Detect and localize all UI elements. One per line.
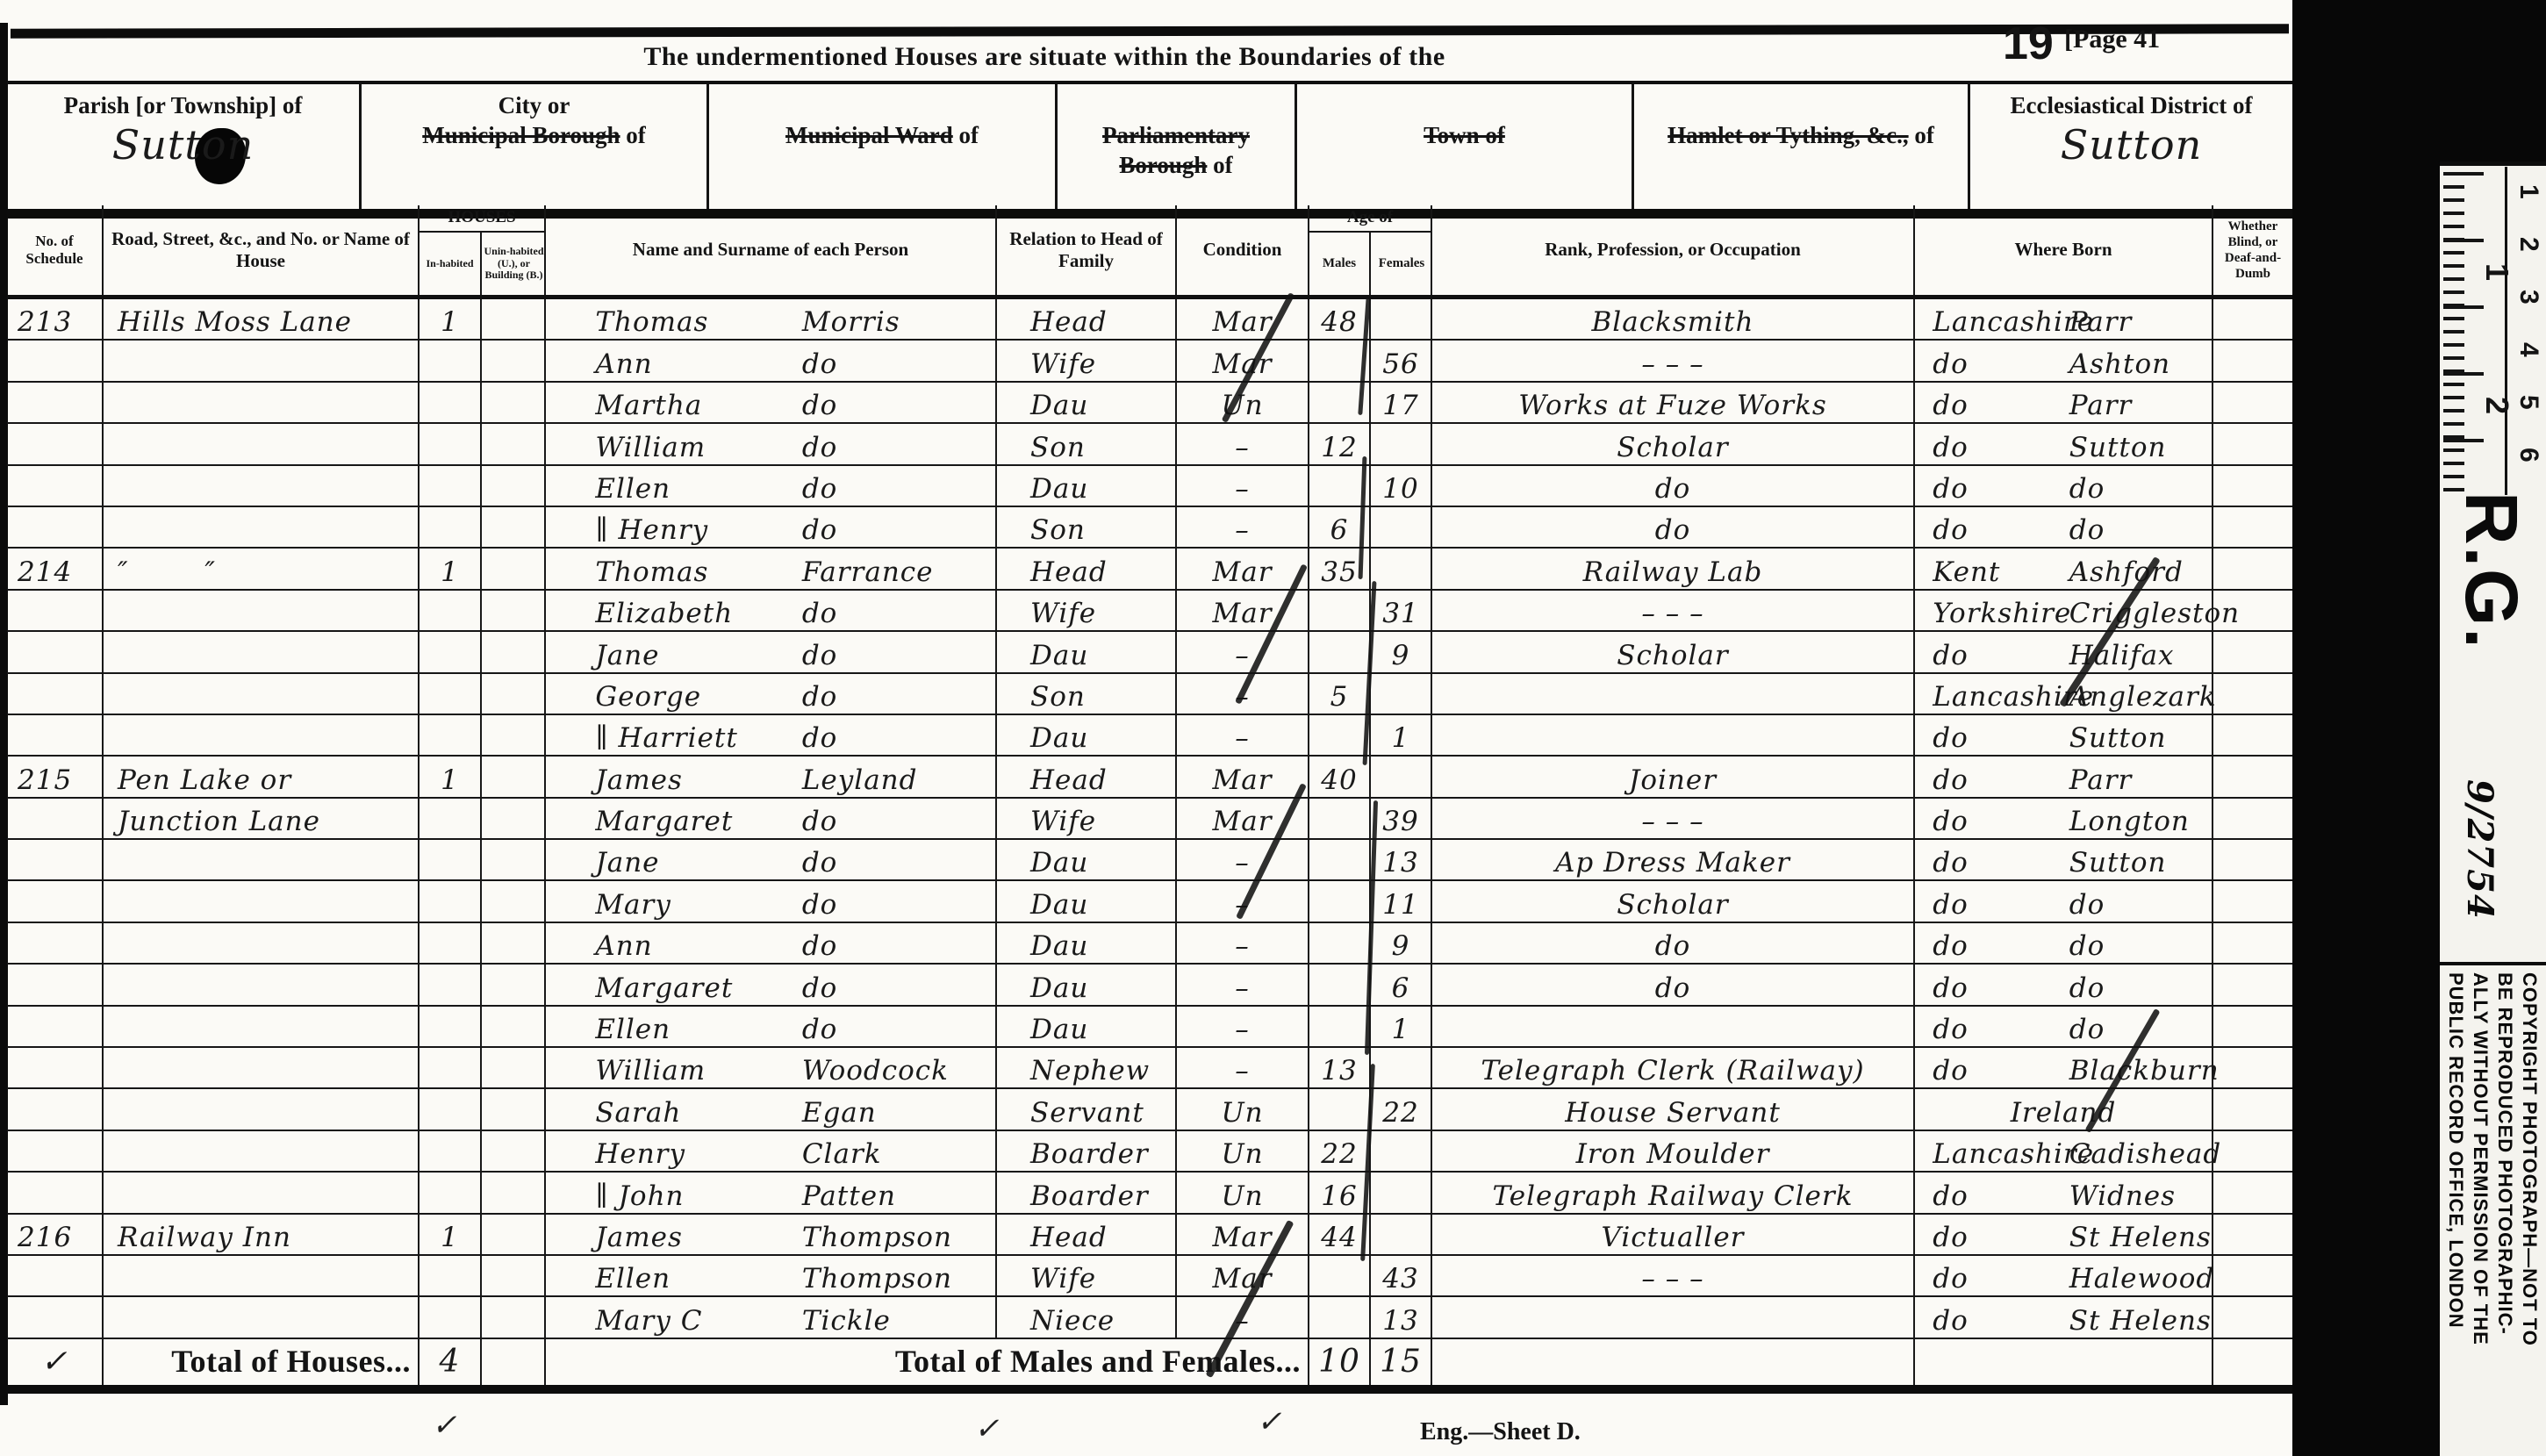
born-place: Widnes xyxy=(2069,1180,2176,1212)
col-condition: Condition xyxy=(1177,205,1309,295)
cell-blind xyxy=(2213,299,2292,339)
name-given: Thomas xyxy=(595,556,708,588)
cell-schedule xyxy=(7,466,104,506)
cell-born: doSutton xyxy=(1915,840,2213,879)
cell-occupation xyxy=(1432,674,1915,714)
parish-label: Parish [or Township] of xyxy=(7,91,359,121)
cell-born: LancashireParr xyxy=(1915,299,2213,339)
card-top-line xyxy=(2440,161,2546,166)
cell-relation: Wife xyxy=(997,591,1177,630)
cell-relation: Head xyxy=(997,1215,1177,1254)
cell-inhabited xyxy=(420,1173,482,1212)
cell-uninhabited xyxy=(482,424,546,463)
cell-occupation: Blacksmith xyxy=(1432,299,1915,339)
cell-road xyxy=(104,1089,420,1129)
cell-age-female xyxy=(1371,549,1432,588)
cell-blind xyxy=(2213,1048,2292,1087)
cell-age-male xyxy=(1309,965,1371,1004)
ruler-ticks-long xyxy=(2443,172,2484,493)
cell-uninhabited xyxy=(482,1297,546,1337)
born-county: do xyxy=(1933,1055,1969,1087)
name-surname: do xyxy=(802,722,838,754)
cell-occupation: Works at Fuze Works xyxy=(1432,383,1915,422)
cell-uninhabited xyxy=(482,840,546,879)
cell-empty xyxy=(482,1339,546,1385)
cell-relation: Head xyxy=(997,299,1177,339)
card-divider-line xyxy=(2440,962,2546,965)
copyright-line: ALLY WITHOUT PERMISSION OF THE xyxy=(2468,972,2492,1453)
name-given: James xyxy=(595,764,683,796)
cell-schedule xyxy=(7,881,104,921)
name-given: Elizabeth xyxy=(595,598,733,629)
cell-occupation: Iron Moulder xyxy=(1432,1131,1915,1171)
cell-condition: – xyxy=(1177,1048,1309,1087)
name-given: Jane xyxy=(595,847,659,879)
ruler-inch-number: 2 xyxy=(2478,397,2515,414)
cell-road xyxy=(104,632,420,671)
born-place: Cadishead xyxy=(2069,1138,2222,1170)
table-row: 213Hills Moss Lane1ThomasMorrisHeadMar48… xyxy=(7,299,2292,341)
cell-occupation: Scholar xyxy=(1432,424,1915,463)
copyright-line: BE REPRODUCED PHOTOGRAPHIC- xyxy=(2492,972,2517,1453)
cell-born: doBlackburn xyxy=(1915,1048,2213,1087)
born-county: do xyxy=(1933,390,1969,421)
cell-occupation: do xyxy=(1432,466,1915,506)
cell-name: Margaretdo xyxy=(546,799,997,838)
census-scan-page: The undermentioned Houses are situate wi… xyxy=(0,0,2546,1456)
cell-name: ThomasMorris xyxy=(546,299,997,339)
page-number-label: [Page 41 xyxy=(2064,25,2160,54)
pen-tick: ✓ xyxy=(974,1411,1000,1446)
born-county: Yorkshire xyxy=(1933,598,2071,629)
cell-occupation: Railway Lab xyxy=(1432,549,1915,588)
cell-age-male xyxy=(1309,923,1371,963)
cell-schedule xyxy=(7,923,104,963)
table-row: ∥ HenrydoSon–6dododo xyxy=(7,507,2292,549)
copyright-line: PUBLIC RECORD OFFICE, LONDON xyxy=(2443,972,2468,1453)
name-surname: do xyxy=(802,847,838,879)
ruler-number: 3 xyxy=(2514,290,2543,305)
cell-born: dodo xyxy=(1915,881,2213,921)
col-age: Age of Males Females xyxy=(1309,205,1432,295)
name-given: ∥ John xyxy=(595,1180,684,1212)
cell-relation: Head xyxy=(997,757,1177,796)
cell-age-male: 48 xyxy=(1309,299,1371,339)
cell-relation: Boarder xyxy=(997,1131,1177,1171)
ruler-number: 2 xyxy=(2514,237,2543,252)
born-place: do xyxy=(2069,889,2105,921)
cell-blind xyxy=(2213,1007,2292,1046)
col-occupation: Rank, Profession, or Occupation xyxy=(1432,205,1915,295)
cell-road xyxy=(104,424,420,463)
ecclesiastical-value: Sutton xyxy=(1970,121,2292,169)
cell-road xyxy=(104,591,420,630)
cell-schedule xyxy=(7,840,104,879)
born-county: do xyxy=(1933,930,1969,962)
name-given: Mary xyxy=(595,889,671,921)
cell-age-female: 10 xyxy=(1371,466,1432,506)
cell-uninhabited xyxy=(482,1215,546,1254)
born-place: do xyxy=(2069,972,2105,1004)
totals-row: ✓ Total of Houses... 4 Total of Males an… xyxy=(7,1339,2292,1394)
ruler-inch-number: 1 xyxy=(2478,263,2515,281)
cell-name: HenryClark xyxy=(546,1131,997,1171)
cell-schedule xyxy=(7,1173,104,1212)
born-county: do xyxy=(1933,1222,1969,1253)
cell-born: doSt Helens xyxy=(1915,1297,2213,1337)
name-given: William xyxy=(595,432,706,463)
born-place: do xyxy=(2069,473,2105,505)
table-row: Mary CTickleNiece–13doSt Helens xyxy=(7,1297,2292,1338)
cell-blind xyxy=(2213,674,2292,714)
name-surname: Patten xyxy=(802,1180,896,1212)
cell-uninhabited xyxy=(482,965,546,1004)
cell-empty xyxy=(1432,1339,1915,1385)
cell-relation: Wife xyxy=(997,799,1177,838)
cell-condition: – xyxy=(1177,466,1309,506)
cell-schedule xyxy=(7,591,104,630)
col-houses-label: HOUSES xyxy=(420,205,544,233)
cell-uninhabited xyxy=(482,549,546,588)
cell-relation: Dau xyxy=(997,1007,1177,1046)
cell-age-female xyxy=(1371,1173,1432,1212)
cell-inhabited xyxy=(420,1297,482,1337)
born-place: Blackburn xyxy=(2069,1055,2220,1087)
cell-uninhabited xyxy=(482,1173,546,1212)
cell-blind xyxy=(2213,799,2292,838)
cell-occupation: Ap Dress Maker xyxy=(1432,840,1915,879)
name-surname: do xyxy=(802,930,838,962)
born-place: Parr xyxy=(2069,306,2133,338)
cell-inhabited: 1 xyxy=(420,299,482,339)
name-surname: do xyxy=(802,681,838,713)
cell-road xyxy=(104,341,420,380)
cell-name: Ellendo xyxy=(546,1007,997,1046)
cell-age-male xyxy=(1309,1297,1371,1337)
cell-uninhabited xyxy=(482,1256,546,1295)
cell-inhabited xyxy=(420,881,482,921)
table-row: ElizabethdoWifeMar31– – –YorkshireCriggl… xyxy=(7,591,2292,632)
cell-born: doParr xyxy=(1915,757,2213,796)
cell-inhabited xyxy=(420,341,482,380)
cell-name: Margaretdo xyxy=(546,965,997,1004)
cell-inhabited: 1 xyxy=(420,1215,482,1254)
cell-schedule xyxy=(7,799,104,838)
cell-born: doWidnes xyxy=(1915,1173,2213,1212)
cell-schedule: 214 xyxy=(7,549,104,588)
cell-inhabited xyxy=(420,965,482,1004)
born-county: Kent xyxy=(1933,556,2000,588)
piece-reference: 9/2754 xyxy=(2459,779,2500,920)
cell-blind xyxy=(2213,549,2292,588)
cell-condition: Mar xyxy=(1177,299,1309,339)
cell-age-male: 22 xyxy=(1309,1131,1371,1171)
cell-road: Pen Lake or xyxy=(104,757,420,796)
cell-blind xyxy=(2213,424,2292,463)
cell-occupation: – – – xyxy=(1432,799,1915,838)
cell-uninhabited xyxy=(482,1131,546,1171)
col-houses: HOUSES In-habited Unin-habited (U.), or … xyxy=(420,205,546,295)
table-row: EllenThompsonWifeMar43– – –doHalewood xyxy=(7,1256,2292,1297)
born-county: do xyxy=(1933,847,1969,879)
born-place: do xyxy=(2069,514,2105,546)
cell-uninhabited xyxy=(482,591,546,630)
header-box-town: Town of xyxy=(1297,84,1634,209)
cell-blind xyxy=(2213,341,2292,380)
cell-inhabited xyxy=(420,591,482,630)
born-place: Sutton xyxy=(2069,432,2167,463)
cell-uninhabited xyxy=(482,383,546,422)
cell-born: YorkshireCriggleston xyxy=(1915,591,2213,630)
name-surname: Tickle xyxy=(802,1305,891,1337)
name-surname: do xyxy=(802,348,838,380)
cell-name: JamesThompson xyxy=(546,1215,997,1254)
cell-relation: Son xyxy=(997,507,1177,547)
cell-blind xyxy=(2213,507,2292,547)
cell-schedule xyxy=(7,1256,104,1295)
table-row: Junction LaneMargaretdoWifeMar39– – –doL… xyxy=(7,799,2292,840)
cell-age-female: 22 xyxy=(1371,1089,1432,1129)
cell-age-male: 5 xyxy=(1309,674,1371,714)
cell-schedule xyxy=(7,424,104,463)
cell-inhabited xyxy=(420,799,482,838)
cell-inhabited xyxy=(420,424,482,463)
born-place: Halewood xyxy=(2069,1263,2214,1295)
cell-road xyxy=(104,840,420,879)
name-given: Ann xyxy=(595,348,652,380)
cell-name: Janedo xyxy=(546,632,997,671)
cell-occupation: Scholar xyxy=(1432,632,1915,671)
born-place: do xyxy=(2069,930,2105,962)
cell-age-female: 56 xyxy=(1371,341,1432,380)
cell-condition: Mar xyxy=(1177,549,1309,588)
cell-age-female: 6 xyxy=(1371,965,1432,1004)
cell-age-male xyxy=(1309,799,1371,838)
table-row: SarahEganServantUn22House ServantIreland xyxy=(7,1089,2292,1130)
cell-schedule xyxy=(7,341,104,380)
name-given: Ellen xyxy=(595,1014,671,1045)
cell-blind xyxy=(2213,591,2292,630)
table-row: 215Pen Lake or1JamesLeylandHeadMar40Join… xyxy=(7,757,2292,798)
cell-age-male: 16 xyxy=(1309,1173,1371,1212)
cell-schedule xyxy=(7,1131,104,1171)
cell-age-male: 13 xyxy=(1309,1048,1371,1087)
cell-road xyxy=(104,674,420,714)
cell-age-female: 1 xyxy=(1371,1007,1432,1046)
cell-inhabited xyxy=(420,923,482,963)
cell-occupation: House Servant xyxy=(1432,1089,1915,1129)
cell-inhabited xyxy=(420,715,482,755)
cell-blind xyxy=(2213,1297,2292,1337)
cell-age-female: 9 xyxy=(1371,923,1432,963)
name-surname: Leyland xyxy=(802,764,918,796)
cell-inhabited xyxy=(420,674,482,714)
header-box-parliamentary: Parliamentary Borough of xyxy=(1058,84,1297,209)
ruler-number: 4 xyxy=(2514,342,2543,357)
cell-blind xyxy=(2213,1173,2292,1212)
cell-age-female: 13 xyxy=(1371,1297,1432,1337)
cell-condition: Un xyxy=(1177,1131,1309,1171)
name-surname: Thompson xyxy=(802,1263,952,1295)
name-surname: do xyxy=(802,640,838,671)
born-place: Sutton xyxy=(2069,847,2167,879)
born-place: Parr xyxy=(2069,390,2133,421)
cell-born: dodo xyxy=(1915,507,2213,547)
name-given: James xyxy=(595,1222,683,1253)
cell-inhabited xyxy=(420,1256,482,1295)
born-county: do xyxy=(1933,972,1969,1004)
cell-age-male xyxy=(1309,1089,1371,1129)
cell-name: SarahEgan xyxy=(546,1089,997,1129)
cell-road xyxy=(104,1007,420,1046)
name-surname: do xyxy=(802,473,838,505)
cell-road xyxy=(104,383,420,422)
born-county: do xyxy=(1933,722,1969,754)
ruler-number: 1 xyxy=(2514,184,2543,199)
born-county: do xyxy=(1933,473,1969,505)
cell-road xyxy=(104,965,420,1004)
ruler-number: 5 xyxy=(2514,395,2543,410)
cell-uninhabited xyxy=(482,674,546,714)
totals-houses-label: Total of Houses... xyxy=(104,1339,420,1385)
cell-age-female xyxy=(1371,424,1432,463)
cell-road: Junction Lane xyxy=(104,799,420,838)
cell-schedule xyxy=(7,383,104,422)
name-given: Thomas xyxy=(595,306,708,338)
born-county: do xyxy=(1933,764,1969,796)
cell-age-female xyxy=(1371,299,1432,339)
cell-uninhabited xyxy=(482,299,546,339)
born-county: do xyxy=(1933,889,1969,921)
cell-uninhabited xyxy=(482,507,546,547)
table-row: MargaretdoDau–6dododo xyxy=(7,965,2292,1006)
cell-relation: Head xyxy=(997,549,1177,588)
cell-name: Mary CTickle xyxy=(546,1297,997,1337)
cell-uninhabited xyxy=(482,799,546,838)
born-place: St Helens xyxy=(2069,1222,2212,1253)
cell-age-female: 13 xyxy=(1371,840,1432,879)
cell-condition: – xyxy=(1177,923,1309,963)
cell-road: Railway Inn xyxy=(104,1215,420,1254)
cell-name: ∥ Harriettdo xyxy=(546,715,997,755)
cell-condition: – xyxy=(1177,965,1309,1004)
cell-schedule: 216 xyxy=(7,1215,104,1254)
cell-name: ∥ JohnPatten xyxy=(546,1173,997,1212)
cell-road xyxy=(104,1256,420,1295)
col-blind: Whether Blind, or Deaf-and-Dumb xyxy=(2213,205,2292,295)
sheet-label: Eng.—Sheet D. xyxy=(1420,1418,1581,1446)
cell-born: dodo xyxy=(1915,965,2213,1004)
cell-blind xyxy=(2213,881,2292,921)
top-rule-line xyxy=(11,24,2289,38)
cell-schedule xyxy=(7,1297,104,1337)
cell-uninhabited xyxy=(482,466,546,506)
cell-relation: Dau xyxy=(997,965,1177,1004)
cell-age-male xyxy=(1309,1007,1371,1046)
copyright-stamp: COPYRIGHT PHOTOGRAPH—NOT TO BE REPRODUCE… xyxy=(2443,972,2542,1453)
table-row: MarthadoDauUn17Works at Fuze WorksdoParr xyxy=(7,383,2292,424)
page-instruction: The undermentioned Houses are situate wi… xyxy=(535,42,1553,72)
born-county: do xyxy=(1933,806,1969,837)
header-box-ecclesiastical: Ecclesiastical District of Sutton xyxy=(1970,84,2292,209)
cell-age-male xyxy=(1309,591,1371,630)
table-row: WilliamWoodcockNephew–13Telegraph Clerk … xyxy=(7,1048,2292,1089)
name-given: Jane xyxy=(595,640,659,671)
cell-born: KentAshford xyxy=(1915,549,2213,588)
table-row: WilliamdoSon–12ScholardoSutton xyxy=(7,424,2292,465)
name-given: William xyxy=(595,1055,706,1087)
cell-name: ThomasFarrance xyxy=(546,549,997,588)
cell-schedule xyxy=(7,965,104,1004)
cell-occupation: Telegraph Railway Clerk xyxy=(1432,1173,1915,1212)
ruler-number: 6 xyxy=(2514,448,2543,463)
cell-relation: Son xyxy=(997,674,1177,714)
cell-age-male xyxy=(1309,881,1371,921)
cell-age-female: 11 xyxy=(1371,881,1432,921)
cell-born: doLongton xyxy=(1915,799,2213,838)
cell-relation: Dau xyxy=(997,715,1177,755)
cell-uninhabited xyxy=(482,341,546,380)
cell-age-female: 31 xyxy=(1371,591,1432,630)
cell-road: Hills Moss Lane xyxy=(104,299,420,339)
col-males: Males xyxy=(1309,233,1371,295)
cell-inhabited xyxy=(420,466,482,506)
col-uninhabited: Unin-habited (U.), or Building (B.) xyxy=(482,233,546,295)
cell-road xyxy=(104,1131,420,1171)
cell-inhabited xyxy=(420,840,482,879)
cell-born: LancashireCadishead xyxy=(1915,1131,2213,1171)
born-place: St Helens xyxy=(2069,1305,2212,1337)
name-surname: Clark xyxy=(802,1138,882,1170)
table-row: AnndoWifeMar56– – –doAshton xyxy=(7,341,2292,382)
name-surname: do xyxy=(802,889,838,921)
cell-condition: – xyxy=(1177,1007,1309,1046)
cell-born: doParr xyxy=(1915,383,2213,422)
cell-age-male xyxy=(1309,715,1371,755)
name-given: George xyxy=(595,681,701,713)
cell-uninhabited xyxy=(482,923,546,963)
name-given: Martha xyxy=(595,390,702,421)
table-row: HenryClarkBoarderUn22Iron MoulderLancash… xyxy=(7,1131,2292,1173)
cell-born: doHalewood xyxy=(1915,1256,2213,1295)
born-place: Ashford xyxy=(2069,556,2184,588)
cell-name: Georgedo xyxy=(546,674,997,714)
name-surname: do xyxy=(802,806,838,837)
pen-tick: ✓ xyxy=(432,1408,457,1443)
cell-occupation: Scholar xyxy=(1432,881,1915,921)
cell-age-male: 40 xyxy=(1309,757,1371,796)
cell-road xyxy=(104,881,420,921)
name-surname: Morris xyxy=(802,306,900,338)
cell-age-female: 17 xyxy=(1371,383,1432,422)
born-place: do xyxy=(2069,1014,2105,1045)
cell-schedule xyxy=(7,1007,104,1046)
census-table: No. of Schedule Road, Street, &c., and N… xyxy=(7,205,2292,1394)
cell-schedule: 215 xyxy=(7,757,104,796)
cell-relation: Dau xyxy=(997,881,1177,921)
col-females: Females xyxy=(1371,233,1432,295)
cell-blind xyxy=(2213,466,2292,506)
cell-name: Janedo xyxy=(546,840,997,879)
born-county: do xyxy=(1933,1014,1969,1045)
cell-age-male xyxy=(1309,840,1371,879)
cell-born: dodo xyxy=(1915,923,2213,963)
cell-schedule xyxy=(7,1048,104,1087)
cell-occupation: Joiner xyxy=(1432,757,1915,796)
cell-uninhabited xyxy=(482,715,546,755)
totals-mf-label: Total of Males and Females... xyxy=(546,1339,1309,1385)
cell-blind xyxy=(2213,923,2292,963)
